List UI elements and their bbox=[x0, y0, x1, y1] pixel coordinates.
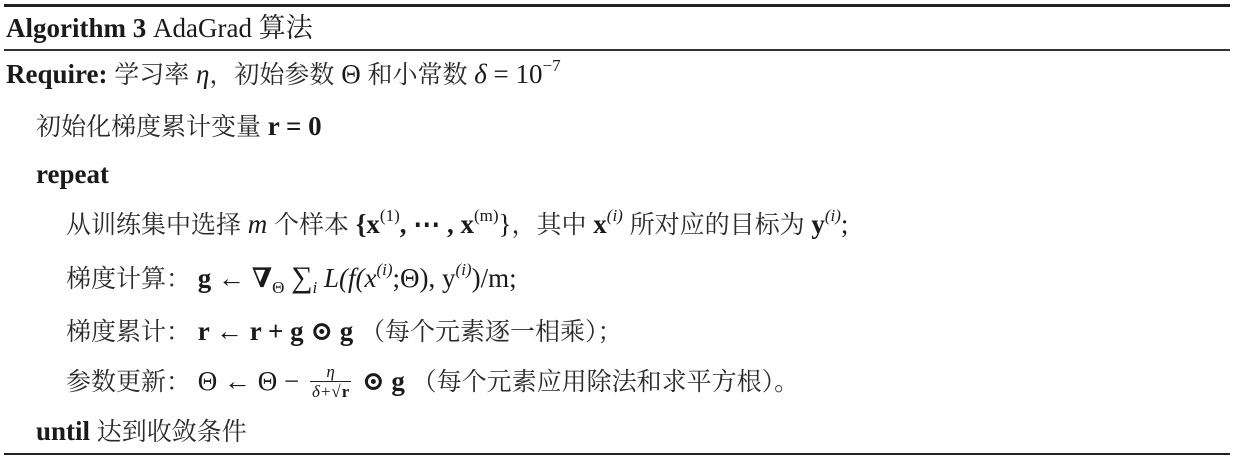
gradient-expr: )/m; bbox=[472, 263, 517, 293]
accumulate-step: 梯度累计： r ← r + g ⊙ g （每个元素逐一相乘）； bbox=[66, 314, 623, 349]
step-note: （每个元素应用除法和求平方根）。 bbox=[412, 367, 800, 396]
fraction-numerator: η bbox=[324, 363, 336, 381]
update-expr: ⊙ g bbox=[362, 366, 405, 396]
eta-symbol: η bbox=[196, 59, 209, 89]
init-line: 初始化梯度累计变量 r = 0 bbox=[36, 109, 322, 144]
superscript: (m) bbox=[474, 206, 499, 225]
superscript: (i) bbox=[456, 260, 472, 279]
step-text: ，其中 bbox=[512, 210, 587, 239]
until-line: until 达到收敛条件 bbox=[36, 414, 247, 449]
algorithm-caption: Algorithm 3 AdaGrad 算法 bbox=[6, 11, 313, 45]
subscript: Θ bbox=[272, 278, 284, 297]
fraction: η δ+√r bbox=[310, 363, 351, 401]
subscript: i bbox=[313, 278, 318, 297]
theta-symbol: Θ bbox=[341, 59, 361, 89]
require-text: ，初始参数 bbox=[209, 60, 334, 89]
step-label: 梯度累计： bbox=[66, 317, 191, 346]
step-text: 个样本 bbox=[274, 210, 349, 239]
gradient-expr: g ← ∇ bbox=[198, 263, 272, 293]
x-symbol: x bbox=[593, 209, 607, 239]
init-text: 初始化梯度累计变量 bbox=[36, 112, 261, 141]
until-keyword: until bbox=[36, 416, 90, 446]
repeat-line: repeat bbox=[36, 157, 109, 191]
delta-value: = 10 bbox=[494, 59, 543, 89]
require-keyword: Require: bbox=[6, 59, 108, 89]
superscript: (1) bbox=[380, 206, 400, 225]
top-rule bbox=[4, 4, 1230, 7]
repeat-keyword: repeat bbox=[36, 159, 109, 189]
set-expr: , ⋯ , x bbox=[400, 209, 474, 239]
set-expr: } bbox=[499, 209, 512, 239]
superscript: (i) bbox=[377, 260, 393, 279]
semicolon: ; bbox=[841, 209, 849, 239]
gradient-expr: ;Θ), y bbox=[393, 263, 456, 293]
update-step: 参数更新： Θ ← Θ − η δ+√r ⊙ g （每个元素应用除法和求平方根）… bbox=[66, 364, 799, 403]
superscript: (i) bbox=[607, 206, 623, 225]
step-note: （每个元素逐一相乘）； bbox=[360, 317, 623, 346]
set-expr: {x bbox=[356, 209, 380, 239]
superscript: (i) bbox=[825, 206, 841, 225]
denominator-delta: δ+√ bbox=[312, 382, 341, 401]
delta-symbol: δ bbox=[474, 59, 487, 89]
accumulate-expr: r ← r + g ⊙ g bbox=[198, 316, 354, 346]
gradient-expr: L(f(x bbox=[324, 263, 376, 293]
y-symbol: y bbox=[811, 209, 825, 239]
sum-symbol: ∑ bbox=[291, 261, 312, 294]
fraction-denominator: δ+√r bbox=[310, 381, 351, 401]
m-symbol: m bbox=[248, 209, 268, 239]
delta-exponent: −7 bbox=[543, 56, 561, 75]
step-text: 所对应的目标为 bbox=[630, 210, 805, 239]
caption-rule bbox=[4, 49, 1230, 51]
require-text: 和小常数 bbox=[367, 60, 467, 89]
algorithm-label: Algorithm 3 bbox=[6, 13, 146, 43]
until-text: 达到收敛条件 bbox=[97, 417, 247, 446]
init-expr: r = 0 bbox=[268, 111, 322, 141]
bottom-rule bbox=[4, 453, 1230, 455]
update-expr: Θ ← Θ − bbox=[198, 366, 299, 396]
sqrt-r: r bbox=[342, 381, 350, 401]
step-label: 梯度计算： bbox=[66, 264, 191, 293]
gradient-step: 梯度计算： g ← ∇Θ ∑i L(f(x(i);Θ), y(i))/m; bbox=[66, 261, 517, 296]
sample-step: 从训练集中选择 m 个样本 {x(1), ⋯ , x(m)}，其中 x(i) 所… bbox=[66, 207, 848, 242]
algorithm-title: AdaGrad 算法 bbox=[153, 13, 313, 43]
step-text: 从训练集中选择 bbox=[66, 210, 241, 239]
require-text: 学习率 bbox=[114, 60, 189, 89]
require-line: Require: 学习率 η，初始参数 Θ 和小常数 δ = 10−7 bbox=[6, 57, 561, 92]
step-label: 参数更新： bbox=[66, 367, 191, 396]
